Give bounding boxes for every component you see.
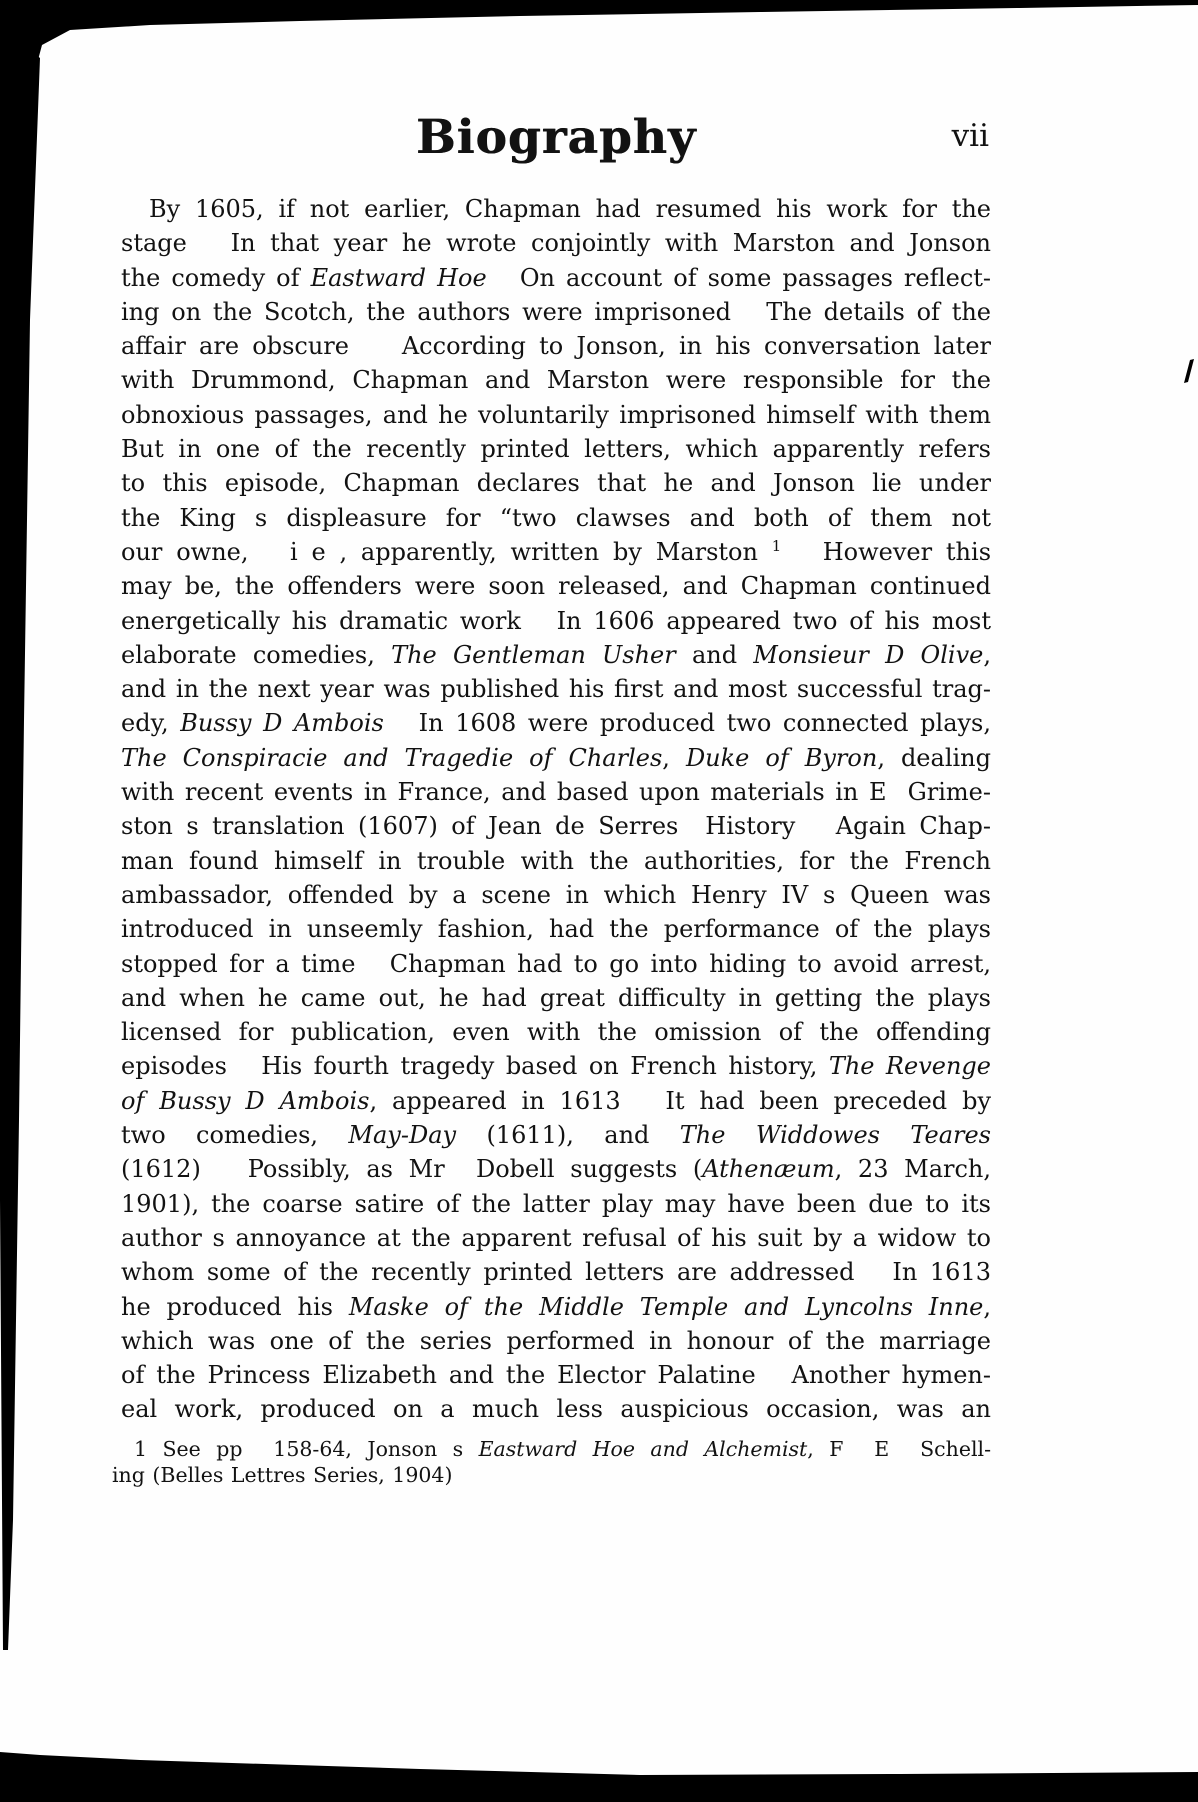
text-line: stage In that year he wrote conjointly w… — [121, 226, 991, 260]
text-line: and in the next year was published his f… — [121, 672, 991, 706]
text-line: the comedy of Eastward Hoe On account of… — [121, 261, 991, 295]
text-line: The Conspiracie and Tragedie of Charles,… — [121, 741, 991, 775]
scan-edge-bottom-icon — [0, 1752, 1198, 1802]
text-line: energetically his dramatic work In 1606 … — [121, 604, 991, 638]
text-line: the King s displeasure for “two clawses … — [121, 501, 991, 535]
page-title: Biography — [121, 108, 991, 168]
text-line: ambassador, offended by a scene in which… — [121, 878, 991, 912]
text-line: episodes His fourth tragedy based on Fre… — [121, 1049, 991, 1083]
text-line: he produced his Maske of the Middle Temp… — [121, 1290, 991, 1324]
text-line: affair are obscure According to Jonson, … — [121, 329, 991, 363]
text-line: elaborate comedies, The Gentleman Usher … — [121, 638, 991, 672]
page-header: Biography vii — [121, 108, 991, 170]
scan-edge-left-icon — [0, 26, 40, 1650]
text-line: 1901), the coarse satire of the latter p… — [121, 1187, 991, 1221]
text-line: our owne, i e , apparently, written by M… — [121, 535, 991, 569]
text-line: and when he came out, he had great diffi… — [121, 981, 991, 1015]
text-line: 1 See pp 158-64, Jonson s Eastward Hoe a… — [112, 1436, 991, 1462]
text-line: with recent events in France, and based … — [121, 775, 991, 809]
text-line: of Bussy D Ambois, appeared in 1613 It h… — [121, 1084, 991, 1118]
scan-mark-slash-icon — [1184, 359, 1194, 383]
text-line: eal work, produced on a much less auspic… — [121, 1392, 991, 1426]
text-line: licensed for publication, even with the … — [121, 1015, 991, 1049]
text-line: ston s translation (1607) of Jean de Ser… — [121, 809, 991, 843]
text-line: author s annoyance at the apparent refus… — [121, 1221, 991, 1255]
text-line: But in one of the recently printed lette… — [121, 432, 991, 466]
text-line: introduced in unseemly fashion, had the … — [121, 912, 991, 946]
text-line: which was one of the series performed in… — [121, 1324, 991, 1358]
text-line: whom some of the recently printed letter… — [121, 1255, 991, 1289]
text-line: ing (Belles Lettres Series, 1904) — [112, 1462, 991, 1488]
text-line: ing on the Scotch, the authors were impr… — [121, 295, 991, 329]
scan-mark-topright-icon — [1160, 0, 1198, 4]
scan-edge-top-icon — [0, 0, 1198, 80]
text-line: stopped for a time Chapman had to go int… — [121, 947, 991, 981]
text-line: two comedies, May-Day (1611), and The Wi… — [121, 1118, 991, 1152]
text-line: with Drummond, Chapman and Marston were … — [121, 363, 991, 397]
text-line: of the Princess Elizabeth and the Electo… — [121, 1358, 991, 1392]
text-line: obnoxious passages, and he voluntarily i… — [121, 398, 991, 432]
scanned-book-page: Biography vii By 1605, if not earlier, C… — [0, 0, 1198, 1802]
text-line: to this episode, Chapman declares that h… — [121, 466, 991, 500]
text-line: may be, the offenders were soon released… — [121, 569, 991, 603]
page-number: vii — [952, 116, 989, 156]
text-line: By 1605, if not earlier, Chapman had res… — [121, 192, 991, 226]
text-line: (1612) Possibly, as Mr Dobell suggests (… — [121, 1152, 991, 1186]
body-text: By 1605, if not earlier, Chapman had res… — [121, 192, 991, 1427]
text-line: man found himself in trouble with the au… — [121, 844, 991, 878]
text-line: edy, Bussy D Ambois In 1608 were produce… — [121, 706, 991, 740]
footnote: 1 See pp 158-64, Jonson s Eastward Hoe a… — [112, 1436, 991, 1488]
